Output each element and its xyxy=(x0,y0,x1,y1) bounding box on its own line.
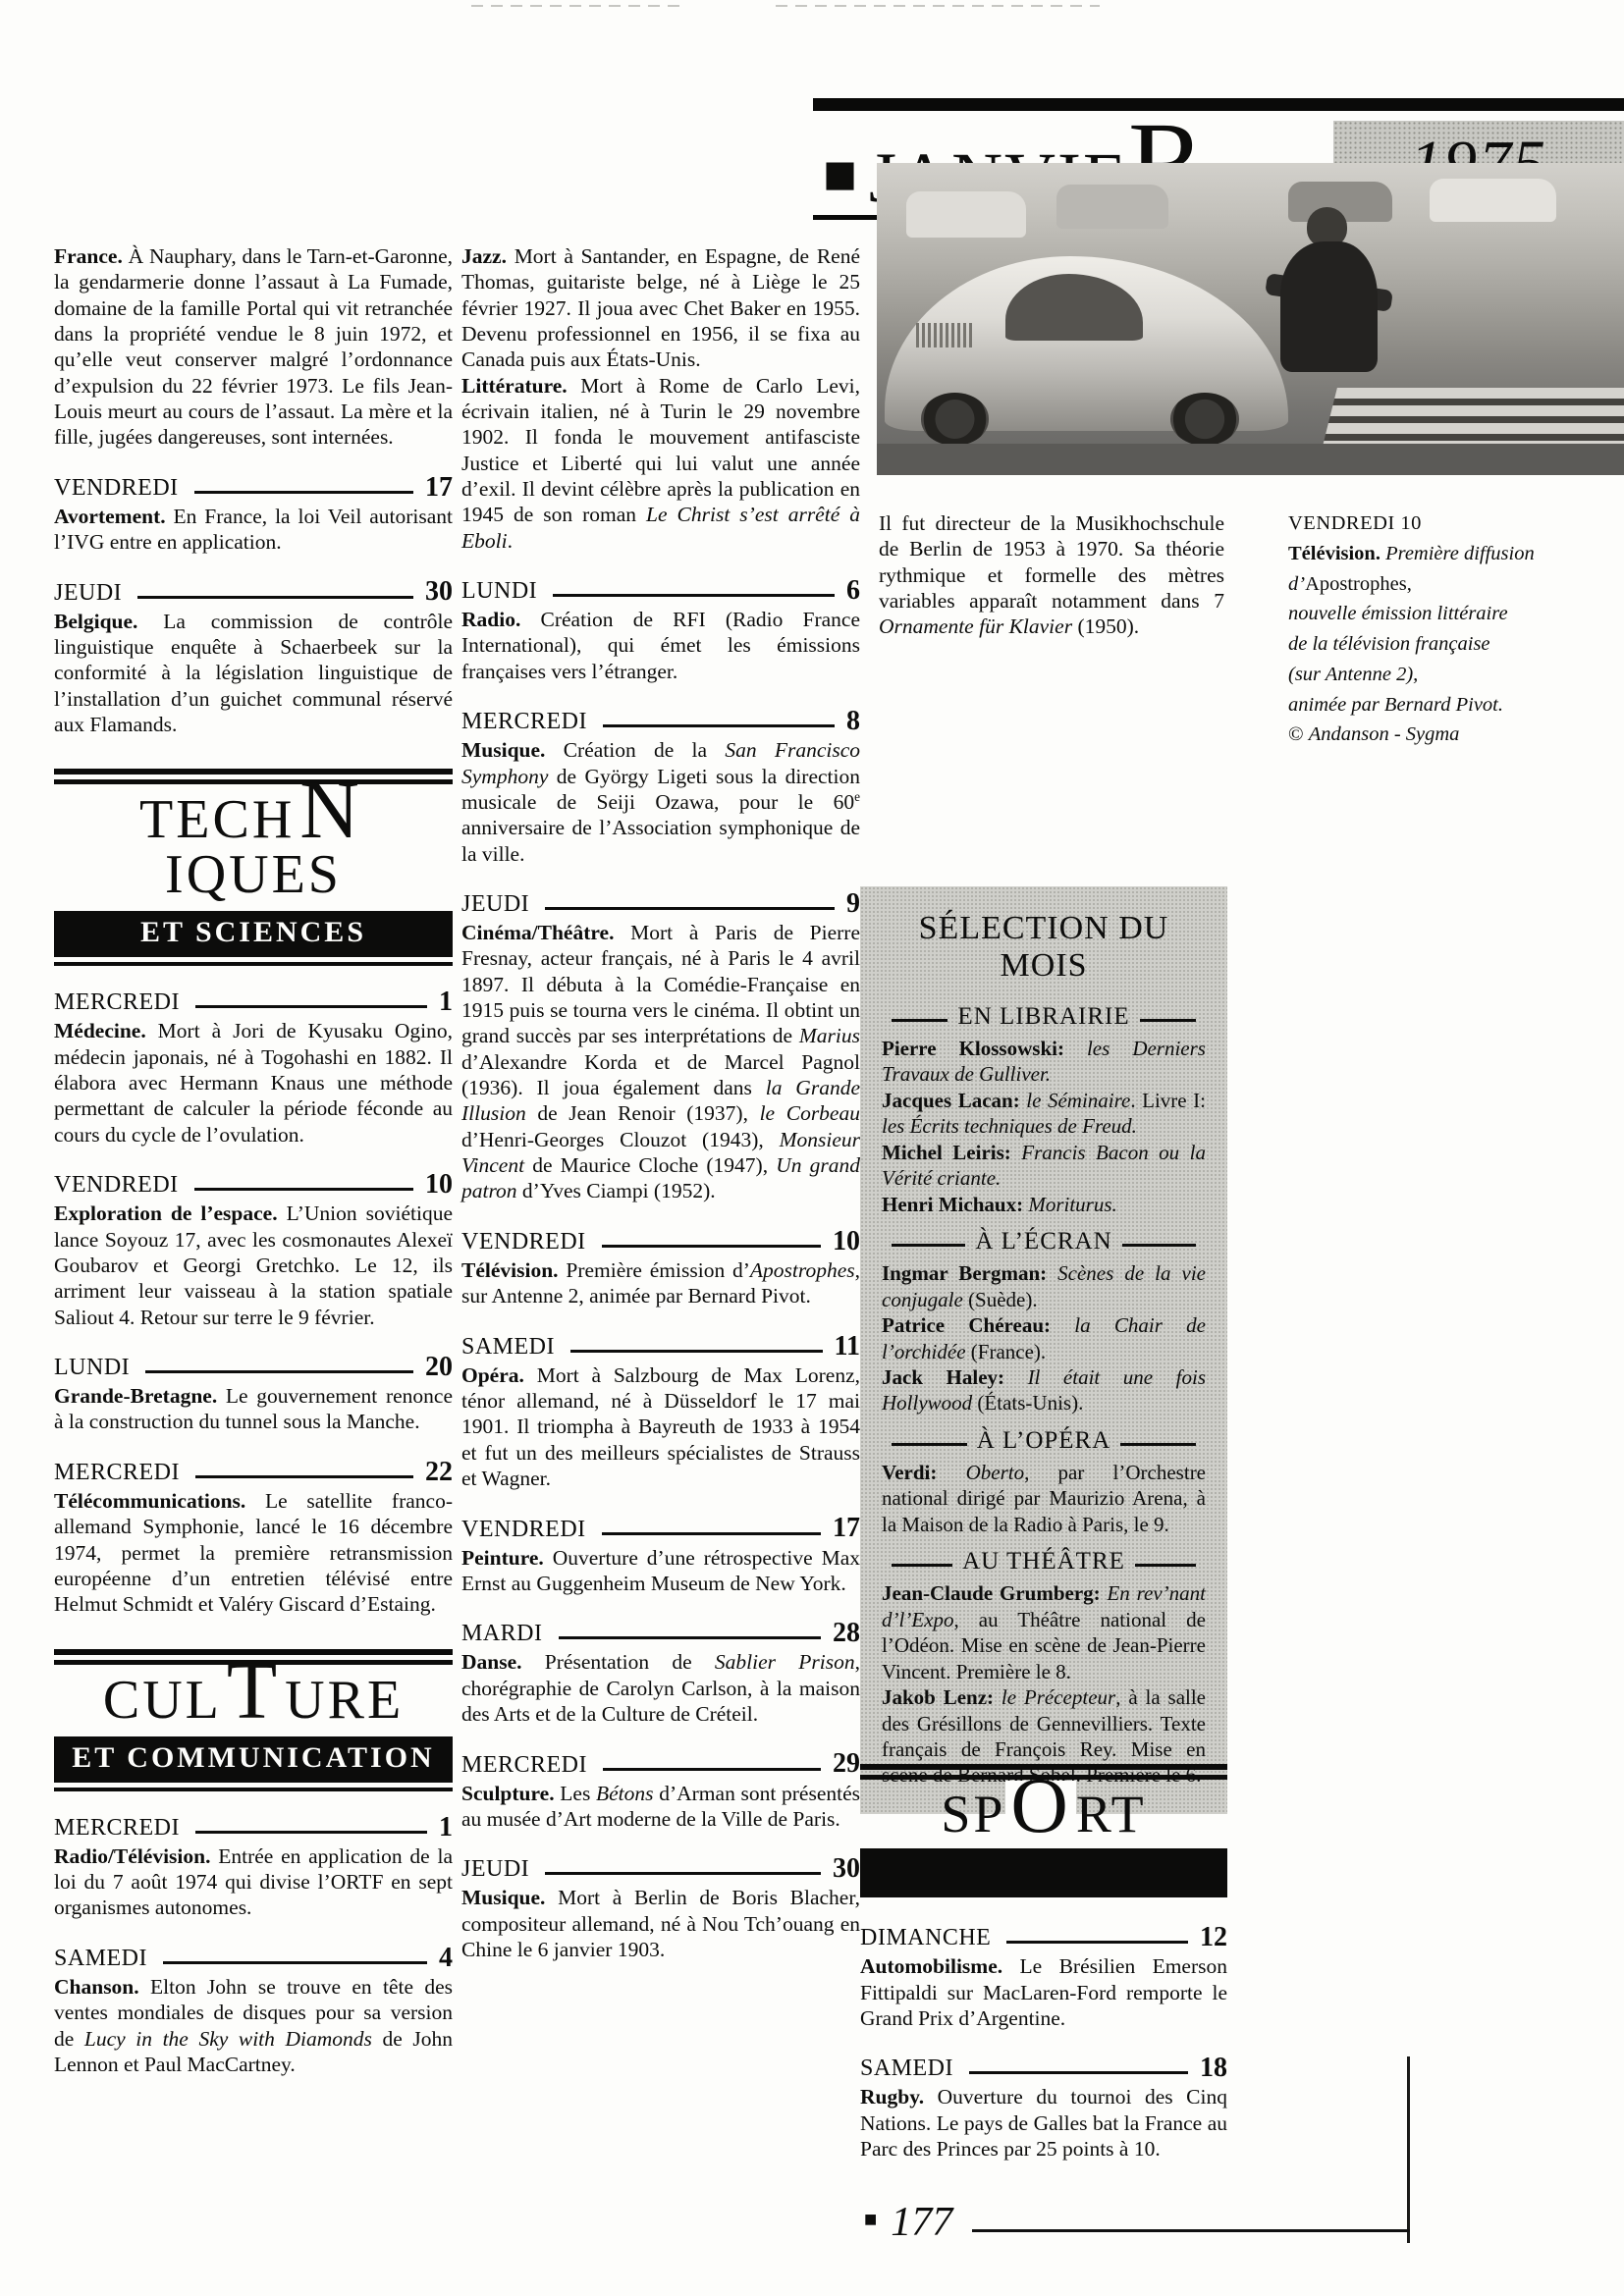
day-label: MERCREDI xyxy=(54,1461,180,1484)
event-entry: MERCREDI 1 Radio/Télévision. Entrée en a… xyxy=(54,1815,453,1921)
selection-du-mois-box: SÉLECTION DU MOIS EN LIBRAIRIE Pierre Kl… xyxy=(860,886,1227,1814)
car-window xyxy=(1005,274,1143,341)
section-title: CULTURE xyxy=(54,1666,453,1728)
heading-rule xyxy=(892,1244,965,1247)
day-number: 10 xyxy=(425,1172,453,1197)
day-label: VENDREDI xyxy=(461,1230,586,1254)
selection-item: Patrice Chéreau: la Chair de l’orchidée … xyxy=(882,1312,1206,1364)
leader-rule xyxy=(137,596,413,599)
section-header-techniques: TECHNIQUES ET SCIENCES xyxy=(54,769,453,966)
day-number: 1 xyxy=(439,989,453,1014)
entry-text: Avortement. En France, la loi Veil autor… xyxy=(54,504,453,556)
page-footer: ■ 177 xyxy=(862,2205,1410,2242)
heading-label: EN LIBRAIRIE xyxy=(957,1004,1129,1029)
leader-rule xyxy=(545,1872,821,1875)
entry-text: Radio. Création de RFI (Radio France Int… xyxy=(461,607,860,684)
section-under-rule xyxy=(54,962,453,966)
leader-rule xyxy=(1006,1941,1188,1944)
entry-day-header: JEUDI 9 xyxy=(461,891,860,916)
masthead-top-bar xyxy=(813,98,1624,111)
event-entry: VENDREDI 17 Peinture. Ouverture d’une ré… xyxy=(461,1516,860,1596)
entry-day-header: MERCREDI 1 xyxy=(54,989,453,1014)
day-number: 30 xyxy=(425,579,453,604)
scan-artifact xyxy=(776,5,1100,7)
section-under-rule xyxy=(54,1788,453,1791)
photo-bernard-pivot-car-scene xyxy=(877,163,1624,475)
section-header-culture: CULTURE ET COMMUNICATION xyxy=(54,1649,453,1791)
intro-paragraph-litterature: Littérature. Mort à Rome de Carlo Levi, … xyxy=(461,373,860,554)
event-entry: SAMEDI 18 Rugby. Ouverture du tournoi de… xyxy=(860,2056,1227,2162)
entry-day-header: LUNDI 6 xyxy=(461,578,860,603)
day-label: MARDI xyxy=(461,1622,543,1645)
photo-caption: VENDREDI 10 Télévision. Première diffusi… xyxy=(1288,508,1622,750)
car-wheel xyxy=(1170,393,1239,445)
sport-section: SPORT DIMANCHE 12 Automobilisme. Le Brés… xyxy=(860,1764,1227,2162)
entry-text: Grande-Bretagne. Le gouvernement renonce… xyxy=(54,1383,453,1435)
entry-day-header: MERCREDI 22 xyxy=(54,1460,453,1484)
leader-rule xyxy=(163,1961,427,1964)
entry-day-header: JEUDI 30 xyxy=(461,1856,860,1881)
day-number: 22 xyxy=(425,1460,453,1484)
background-car xyxy=(1056,185,1168,229)
day-label: MERCREDI xyxy=(54,1816,180,1840)
heading-label: À L’OPÉRA xyxy=(977,1428,1111,1453)
entry-text: Cinéma/Théâtre. Mort à Paris de Pierre F… xyxy=(461,920,860,1204)
selection-group-heading: AU THÉÂTRE xyxy=(882,1549,1206,1574)
day-number: 18 xyxy=(1200,2056,1227,2080)
caption-day: VENDREDI 10 xyxy=(1288,508,1622,539)
entry-text: Télévision. Première émission d’Apostrop… xyxy=(461,1257,860,1309)
entry-day-header: SAMEDI 18 xyxy=(860,2056,1227,2080)
day-number: 1 xyxy=(439,1815,453,1840)
day-label: JEUDI xyxy=(461,892,529,916)
selection-group-heading: EN LIBRAIRIE xyxy=(882,1004,1206,1029)
heading-rule xyxy=(1120,1443,1196,1446)
section-double-rule xyxy=(54,769,453,784)
selection-item: Jack Haley: Il était une fois Hollywood … xyxy=(882,1364,1206,1416)
page-number: 177 xyxy=(891,2205,952,2242)
section-title-big-letter: O xyxy=(1005,1781,1076,1830)
leader-rule xyxy=(603,724,835,727)
road xyxy=(877,444,1624,475)
day-label: SAMEDI xyxy=(461,1335,555,1359)
entry-day-header: MERCREDI 1 xyxy=(54,1815,453,1840)
day-number: 6 xyxy=(846,578,860,603)
entry-text: Automobilisme. Le Brésilien Emerson Fitt… xyxy=(860,1953,1227,2031)
selection-item: Ingmar Bergman: Scènes de la vie conjuga… xyxy=(882,1260,1206,1312)
entry-day-header: MERCREDI 8 xyxy=(461,709,860,733)
leader-rule xyxy=(195,1005,427,1008)
selection-item: Jacques Lacan: le Séminaire. Livre I: le… xyxy=(882,1088,1206,1140)
event-entry: MERCREDI 29 Sculpture. Les Bétons d’Arma… xyxy=(461,1751,860,1832)
entry-text: Chanson. Elton John se trouve en tête de… xyxy=(54,1974,453,2077)
heading-rule xyxy=(1140,1019,1196,1022)
day-label: SAMEDI xyxy=(54,1947,147,1970)
entry-day-header: LUNDI 20 xyxy=(54,1355,453,1379)
event-entry: DIMANCHE 12 Automobilisme. Le Brésilien … xyxy=(860,1925,1227,2031)
leader-rule xyxy=(195,1475,413,1478)
scan-artifact xyxy=(471,5,687,7)
entry-day-header: JEUDI 30 xyxy=(54,579,453,604)
event-entry: LUNDI 6 Radio. Création de RFI (Radio Fr… xyxy=(461,578,860,684)
leader-rule xyxy=(559,1636,821,1639)
background-car xyxy=(906,191,1026,239)
entry-text: Télécommunications. Le satellite franco-… xyxy=(54,1488,453,1618)
selection-item: Jean-Claude Grumberg: En rev’nant d’l’Ex… xyxy=(882,1580,1206,1684)
selection-group-heading: À L’ÉCRAN xyxy=(882,1229,1206,1254)
event-entry: MERCREDI 8 Musique. Création de la San F… xyxy=(461,709,860,867)
event-entry: MARDI 28 Danse. Présentation de Sablier … xyxy=(461,1621,860,1727)
entry-text: Exploration de l’espace. L’Union soviéti… xyxy=(54,1201,453,1330)
leader-rule xyxy=(969,2071,1188,2074)
entry-day-header: MERCREDI 29 xyxy=(461,1751,860,1776)
event-entry: JEUDI 30 Belgique. La commission de cont… xyxy=(54,579,453,737)
day-number: 12 xyxy=(1200,1925,1227,1949)
day-number: 17 xyxy=(833,1516,860,1540)
event-entry: VENDREDI 17 Avortement. En France, la lo… xyxy=(54,475,453,556)
day-label: VENDREDI xyxy=(54,476,179,500)
entry-text: Rugby. Ouverture du tournoi des Cinq Nat… xyxy=(860,2084,1227,2162)
leader-rule xyxy=(194,491,413,494)
event-entry: MERCREDI 22 Télécommunications. Le satel… xyxy=(54,1460,453,1618)
intro-paragraph-france: France. À Nauphary, dans le Tarn-et-Garo… xyxy=(54,243,453,451)
leader-rule xyxy=(570,1350,823,1353)
section-solid-bar xyxy=(860,1848,1227,1897)
caption-credit: © Andanson - Sygma xyxy=(1288,720,1622,750)
day-number: 29 xyxy=(833,1751,860,1776)
footer-rule xyxy=(972,2229,1410,2232)
entry-text: Médecine. Mort à Jori de Kyusaku Ogino, … xyxy=(54,1018,453,1148)
day-number: 30 xyxy=(833,1856,860,1881)
section-title: SPORT xyxy=(860,1781,1227,1841)
event-entry: MERCREDI 1 Médecine. Mort à Jori de Kyus… xyxy=(54,989,453,1148)
section-header-sport: SPORT xyxy=(860,1764,1227,1897)
heading-rule xyxy=(892,1443,967,1446)
event-entry: VENDREDI 10 Télévision. Première émissio… xyxy=(461,1229,860,1309)
section-title: TECHNIQUES xyxy=(54,785,453,902)
square-bullet-icon: ■ xyxy=(864,2209,877,2230)
entry-text: Sculpture. Les Bétons d’Arman sont prése… xyxy=(461,1781,860,1833)
day-number: 28 xyxy=(833,1621,860,1645)
entry-text: Musique. Mort à Berlin de Boris Blacher,… xyxy=(461,1885,860,1962)
entry-day-header: SAMEDI 4 xyxy=(54,1946,453,1970)
entry-day-header: DIMANCHE 12 xyxy=(860,1925,1227,1949)
heading-rule xyxy=(1122,1244,1196,1247)
selection-item: Henri Michaux: Moriturus. xyxy=(882,1192,1206,1217)
heading-rule xyxy=(892,1564,952,1567)
entry-day-header: VENDREDI 10 xyxy=(54,1172,453,1197)
heading-rule xyxy=(892,1019,947,1022)
magazine-page: { "header": { "month_lead": "JANVIE", "m… xyxy=(0,0,1624,2296)
day-label: VENDREDI xyxy=(54,1173,179,1197)
selection-group-heading: À L’OPÉRA xyxy=(882,1428,1206,1453)
section-title-big-letter: T xyxy=(222,1666,285,1717)
day-label: SAMEDI xyxy=(860,2056,953,2080)
entry-text: Musique. Création de la San Francisco Sy… xyxy=(461,737,860,867)
day-number: 20 xyxy=(425,1355,453,1379)
day-label: JEUDI xyxy=(54,581,122,605)
event-entry: VENDREDI 10 Exploration de l’espace. L’U… xyxy=(54,1172,453,1330)
event-entry: SAMEDI 11 Opéra. Mort à Salzbourg de Max… xyxy=(461,1334,860,1492)
leader-rule xyxy=(195,1831,427,1834)
leader-rule xyxy=(602,1245,821,1248)
entry-text: Opéra. Mort à Salzbourg de Max Lorenz, t… xyxy=(461,1362,860,1492)
leader-rule xyxy=(194,1188,413,1191)
car-vent xyxy=(916,323,973,347)
heading-rule xyxy=(1135,1564,1196,1567)
day-label: MERCREDI xyxy=(461,710,587,733)
selection-item: Pierre Klossowski: les Derniers Travaux … xyxy=(882,1036,1206,1088)
photo-related-paragraph: Il fut directeur de la Musikhochschule d… xyxy=(879,510,1224,640)
leader-rule xyxy=(553,594,835,597)
day-number: 17 xyxy=(425,475,453,500)
entry-text: Belgique. La commission de contrôle ling… xyxy=(54,609,453,738)
event-entry: LUNDI 20 Grande-Bretagne. Le gouvernemen… xyxy=(54,1355,453,1435)
day-number: 8 xyxy=(846,709,860,733)
day-label: LUNDI xyxy=(461,579,537,603)
selection-title: SÉLECTION DU MOIS xyxy=(882,910,1206,985)
day-number: 9 xyxy=(846,891,860,916)
square-bullet-icon: ■ xyxy=(823,154,857,195)
entry-text: Danse. Présentation de Sablier Prison, c… xyxy=(461,1649,860,1727)
caption-text: Télévision. Première diffusiond’Apostrop… xyxy=(1288,539,1622,721)
selection-item: Verdi: Oberto, par l’Orchestre national … xyxy=(882,1460,1206,1537)
entry-day-header: VENDREDI 10 xyxy=(461,1229,860,1254)
entry-text: Peinture. Ouverture d’une rétrospective … xyxy=(461,1545,860,1597)
entry-day-header: MARDI 28 xyxy=(461,1621,860,1645)
event-entry: JEUDI 30 Musique. Mort à Berlin de Boris… xyxy=(461,1856,860,1962)
man-silhouette-body xyxy=(1280,241,1378,373)
entry-day-header: VENDREDI 17 xyxy=(54,475,453,500)
day-label: MERCREDI xyxy=(54,990,180,1014)
day-label: MERCREDI xyxy=(461,1753,587,1777)
leader-rule xyxy=(145,1370,413,1373)
section-title-big-letter: N xyxy=(295,785,367,836)
leader-rule xyxy=(602,1532,821,1535)
sports-car xyxy=(885,256,1288,431)
section-subtitle-bar: ET SCIENCES xyxy=(54,911,453,957)
column-1: France. À Nauphary, dans le Tarn-et-Garo… xyxy=(54,243,453,2077)
day-number: 10 xyxy=(833,1229,860,1254)
day-label: DIMANCHE xyxy=(860,1926,991,1949)
heading-label: AU THÉÂTRE xyxy=(962,1549,1125,1574)
section-subtitle-bar: ET COMMUNICATION xyxy=(54,1736,453,1783)
day-number: 11 xyxy=(835,1334,860,1359)
entry-day-header: SAMEDI 11 xyxy=(461,1334,860,1359)
heading-label: À L’ÉCRAN xyxy=(975,1229,1111,1254)
selection-item: Michel Leiris: Francis Bacon ou la Vérit… xyxy=(882,1140,1206,1192)
event-entry: SAMEDI 4 Chanson. Elton John se trouve e… xyxy=(54,1946,453,2078)
day-label: LUNDI xyxy=(54,1356,130,1379)
day-number: 4 xyxy=(439,1946,453,1970)
entry-text: Radio/Télévision. Entrée en application … xyxy=(54,1843,453,1921)
background-car xyxy=(1430,179,1556,223)
leader-rule xyxy=(603,1768,821,1771)
day-label: JEUDI xyxy=(461,1857,529,1881)
intro-paragraph-jazz: Jazz. Mort à Santander, en Espagne, de R… xyxy=(461,243,860,373)
event-entry: JEUDI 9 Cinéma/Théâtre. Mort à Paris de … xyxy=(461,891,860,1204)
column-2: Jazz. Mort à Santander, en Espagne, de R… xyxy=(461,243,860,1962)
entry-day-header: VENDREDI 17 xyxy=(461,1516,860,1540)
leader-rule xyxy=(545,907,835,910)
car-wheel xyxy=(921,393,990,445)
day-label: VENDREDI xyxy=(461,1518,586,1541)
